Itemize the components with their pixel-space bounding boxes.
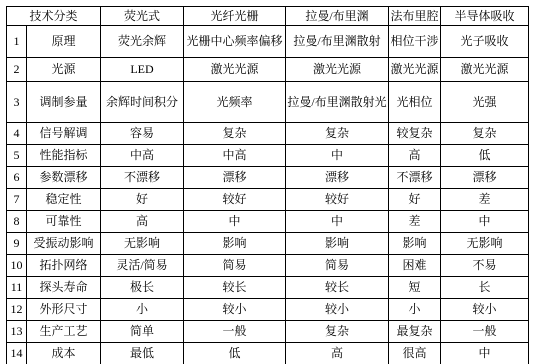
row-label-cell: 调制参量	[27, 82, 101, 123]
value-cell: 中	[441, 343, 529, 364]
value-cell: 一般	[184, 321, 286, 343]
value-cell: 影响	[184, 233, 286, 255]
header-cell-semiconductor: 半导体吸收	[441, 7, 529, 26]
value-cell: 极长	[101, 277, 184, 299]
table-row: 10拓扑网络灵活/简易简易简易困难不易	[7, 255, 529, 277]
table-body: 1原理荧光余辉光栅中心频率偏移拉曼/布里渊散射相位干涉光子吸收2光源LED激光光…	[7, 26, 529, 364]
row-label-cell: 参数漂移	[27, 167, 101, 189]
value-cell: 复杂	[441, 123, 529, 145]
value-cell: 高	[101, 211, 184, 233]
row-label-cell: 拓扑网络	[27, 255, 101, 277]
value-cell: 漂移	[184, 167, 286, 189]
value-cell: 低	[441, 145, 529, 167]
value-cell: 中	[441, 211, 529, 233]
value-cell: 较好	[184, 189, 286, 211]
row-number-cell: 5	[7, 145, 27, 167]
value-cell: 荧光余辉	[101, 26, 184, 58]
value-cell: 简单	[101, 321, 184, 343]
table-row: 1原理荧光余辉光栅中心频率偏移拉曼/布里渊散射相位干涉光子吸收	[7, 26, 529, 58]
table-row: 8可靠性高中中差中	[7, 211, 529, 233]
document-page: 技术分类 荧光式 光纤光栅 拉曼/布里渊 法布里腔 半导体吸收 1原理荧光余辉光…	[0, 0, 536, 364]
header-cell-raman-brillouin: 拉曼/布里渊	[286, 7, 389, 26]
value-cell: 复杂	[286, 321, 389, 343]
value-cell: 最复杂	[389, 321, 441, 343]
header-cell-fabry-perot: 法布里腔	[389, 7, 441, 26]
value-cell: 中高	[101, 145, 184, 167]
table-row: 11探头寿命极长较长较长短长	[7, 277, 529, 299]
value-cell: 好	[389, 189, 441, 211]
table-row: 14成本最低低高很高中	[7, 343, 529, 364]
table-row: 5性能指标中高中高中高低	[7, 145, 529, 167]
value-cell: 较小	[441, 299, 529, 321]
value-cell: 光频率	[184, 82, 286, 123]
row-label-cell: 受振动影响	[27, 233, 101, 255]
table-row: 3调制参量余辉时间积分光频率拉曼/布里渊散射光光相位光强	[7, 82, 529, 123]
value-cell: 中高	[184, 145, 286, 167]
value-cell: 中	[286, 211, 389, 233]
value-cell: 激光光源	[184, 58, 286, 82]
value-cell: 灵活/简易	[101, 255, 184, 277]
table-row: 6参数漂移不漂移漂移漂移不漂移漂移	[7, 167, 529, 189]
value-cell: 复杂	[286, 123, 389, 145]
table-row: 9受振动影响无影响影响影响影响无影响	[7, 233, 529, 255]
value-cell: 小	[101, 299, 184, 321]
value-cell: 中	[184, 211, 286, 233]
table-header: 技术分类 荧光式 光纤光栅 拉曼/布里渊 法布里腔 半导体吸收	[7, 7, 529, 26]
value-cell: 高	[389, 145, 441, 167]
value-cell: 不易	[441, 255, 529, 277]
value-cell: 较小	[286, 299, 389, 321]
value-cell: 容易	[101, 123, 184, 145]
header-cell-category: 技术分类	[7, 7, 101, 26]
row-number-cell: 6	[7, 167, 27, 189]
table-row: 13生产工艺简单一般复杂最复杂一般	[7, 321, 529, 343]
value-cell: 拉曼/布里渊散射光	[286, 82, 389, 123]
value-cell: 短	[389, 277, 441, 299]
value-cell: 无影响	[441, 233, 529, 255]
value-cell: 影响	[389, 233, 441, 255]
value-cell: 拉曼/布里渊散射	[286, 26, 389, 58]
row-number-cell: 8	[7, 211, 27, 233]
value-cell: 激光光源	[441, 58, 529, 82]
value-cell: 较长	[184, 277, 286, 299]
row-label-cell: 稳定性	[27, 189, 101, 211]
technology-comparison-table: 技术分类 荧光式 光纤光栅 拉曼/布里渊 法布里腔 半导体吸收 1原理荧光余辉光…	[6, 6, 529, 364]
row-number-cell: 3	[7, 82, 27, 123]
value-cell: 中	[286, 145, 389, 167]
value-cell: 小	[389, 299, 441, 321]
table-row: 12外形尺寸小较小较小小较小	[7, 299, 529, 321]
value-cell: 一般	[441, 321, 529, 343]
value-cell: 较长	[286, 277, 389, 299]
value-cell: 较复杂	[389, 123, 441, 145]
row-number-cell: 7	[7, 189, 27, 211]
row-label-cell: 光源	[27, 58, 101, 82]
header-row: 技术分类 荧光式 光纤光栅 拉曼/布里渊 法布里腔 半导体吸收	[7, 7, 529, 26]
value-cell: 高	[286, 343, 389, 364]
value-cell: 较小	[184, 299, 286, 321]
value-cell: 光相位	[389, 82, 441, 123]
table-row: 4信号解调容易复杂复杂较复杂复杂	[7, 123, 529, 145]
value-cell: 光子吸收	[441, 26, 529, 58]
row-number-cell: 4	[7, 123, 27, 145]
row-label-cell: 性能指标	[27, 145, 101, 167]
value-cell: 不漂移	[101, 167, 184, 189]
value-cell: 激光光源	[389, 58, 441, 82]
value-cell: 无影响	[101, 233, 184, 255]
value-cell: 简易	[184, 255, 286, 277]
value-cell: 简易	[286, 255, 389, 277]
value-cell: 复杂	[184, 123, 286, 145]
row-label-cell: 信号解调	[27, 123, 101, 145]
value-cell: 不漂移	[389, 167, 441, 189]
row-label-cell: 可靠性	[27, 211, 101, 233]
value-cell: 光栅中心频率偏移	[184, 26, 286, 58]
row-number-cell: 11	[7, 277, 27, 299]
value-cell: 影响	[286, 233, 389, 255]
row-label-cell: 成本	[27, 343, 101, 364]
value-cell: 余辉时间积分	[101, 82, 184, 123]
value-cell: 很高	[389, 343, 441, 364]
value-cell: 差	[441, 189, 529, 211]
header-cell-fiber-grating: 光纤光栅	[184, 7, 286, 26]
row-label-cell: 原理	[27, 26, 101, 58]
row-number-cell: 9	[7, 233, 27, 255]
value-cell: LED	[101, 58, 184, 82]
value-cell: 长	[441, 277, 529, 299]
row-number-cell: 12	[7, 299, 27, 321]
value-cell: 较好	[286, 189, 389, 211]
row-number-cell: 14	[7, 343, 27, 364]
value-cell: 相位干涉	[389, 26, 441, 58]
value-cell: 最低	[101, 343, 184, 364]
value-cell: 差	[389, 211, 441, 233]
value-cell: 激光光源	[286, 58, 389, 82]
value-cell: 困难	[389, 255, 441, 277]
row-label-cell: 生产工艺	[27, 321, 101, 343]
row-number-cell: 13	[7, 321, 27, 343]
table-row: 7稳定性好较好较好好差	[7, 189, 529, 211]
row-number-cell: 10	[7, 255, 27, 277]
value-cell: 好	[101, 189, 184, 211]
row-label-cell: 外形尺寸	[27, 299, 101, 321]
value-cell: 光强	[441, 82, 529, 123]
header-cell-fluorescence: 荧光式	[101, 7, 184, 26]
row-number-cell: 2	[7, 58, 27, 82]
table-row: 2光源LED激光光源激光光源激光光源激光光源	[7, 58, 529, 82]
value-cell: 低	[184, 343, 286, 364]
value-cell: 漂移	[441, 167, 529, 189]
value-cell: 漂移	[286, 167, 389, 189]
row-label-cell: 探头寿命	[27, 277, 101, 299]
row-number-cell: 1	[7, 26, 27, 58]
